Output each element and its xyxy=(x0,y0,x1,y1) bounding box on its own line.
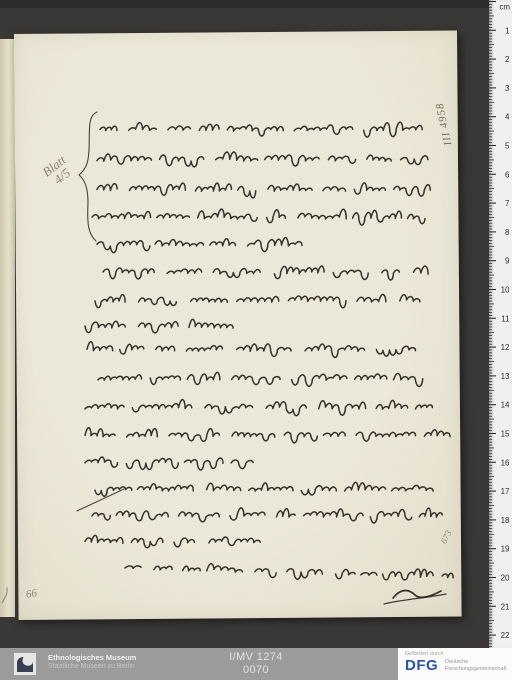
svg-text:3: 3 xyxy=(505,84,510,93)
pencil-number-bottom-left: 66 xyxy=(25,587,38,601)
svg-text:4: 4 xyxy=(505,113,510,122)
funding-organization: Deutsche Forschungsgemeinschaft xyxy=(445,659,506,673)
document-reference-block: I/MV 1274 0070 xyxy=(156,651,356,677)
svg-text:8: 8 xyxy=(505,228,510,237)
svg-text:7: 7 xyxy=(505,199,510,208)
scan-viewport: Blatt 4/5 III 4958 673 66 12345678910111… xyxy=(0,0,512,680)
svg-text:18: 18 xyxy=(501,516,510,525)
svg-text:1: 1 xyxy=(505,26,510,35)
underlying-page-edge xyxy=(0,39,15,617)
funding-org-line2: Forschungsgemeinschaft xyxy=(445,666,506,673)
svg-text:11: 11 xyxy=(501,314,510,323)
svg-text:19: 19 xyxy=(501,545,510,554)
svg-text:17: 17 xyxy=(501,487,510,496)
svg-text:10: 10 xyxy=(501,286,510,295)
svg-text:12: 12 xyxy=(501,343,510,352)
svg-text:22: 22 xyxy=(501,631,510,640)
ruler-ticks: 12345678910111213141516171819202122cm xyxy=(489,0,512,649)
dfg-logo: DFG xyxy=(405,657,438,675)
svg-text:21: 21 xyxy=(501,602,510,611)
svg-text:16: 16 xyxy=(501,458,510,467)
centimeter-ruler: 12345678910111213141516171819202122cm xyxy=(489,0,512,649)
background-top-band xyxy=(0,0,512,8)
museum-wave-icon xyxy=(14,653,36,675)
svg-text:14: 14 xyxy=(501,401,510,410)
institution-name: Ethnologisches Museum xyxy=(48,653,136,662)
svg-text:13: 13 xyxy=(501,372,510,381)
institution-block: Ethnologisches Museum Staatliche Museen … xyxy=(48,653,136,671)
svg-text:6: 6 xyxy=(505,170,510,179)
document-id: I/MV 1274 xyxy=(156,651,356,664)
museum-logo-icon xyxy=(14,653,36,675)
svg-text:5: 5 xyxy=(505,142,510,151)
svg-text:2: 2 xyxy=(505,55,510,64)
svg-text:20: 20 xyxy=(501,574,510,583)
funding-panel: Gefördert durch DFG Deutsche Forschungsg… xyxy=(398,648,512,680)
svg-text:cm: cm xyxy=(499,3,510,12)
funding-org-line1: Deutsche xyxy=(445,659,506,666)
svg-text:15: 15 xyxy=(501,430,510,439)
manuscript-page xyxy=(14,31,462,620)
svg-text:9: 9 xyxy=(505,257,510,266)
scan-page-number: 0070 xyxy=(156,664,356,677)
institution-subtitle: Staatliche Museen zu Berlin xyxy=(48,662,136,671)
digitization-footer-bar: Ethnologisches Museum Staatliche Museen … xyxy=(0,648,512,680)
